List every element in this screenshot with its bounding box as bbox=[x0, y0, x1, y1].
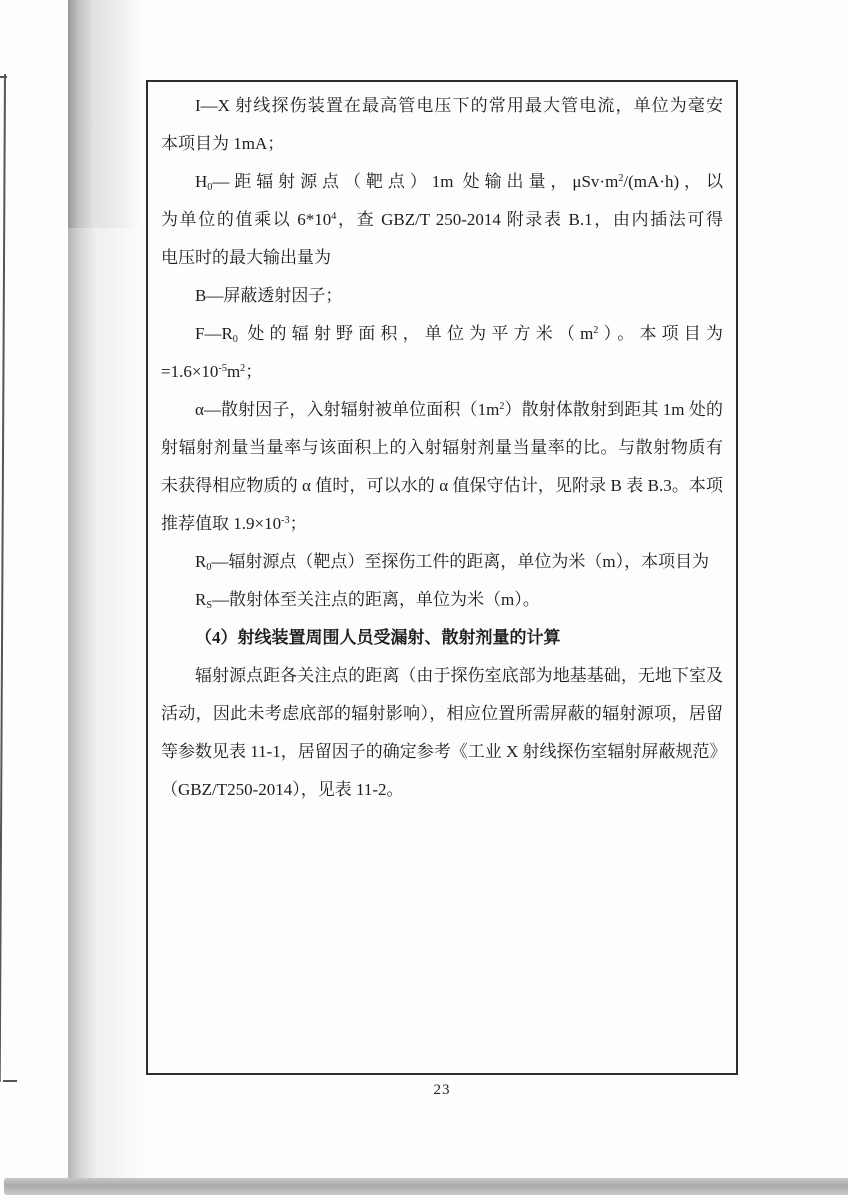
text-line: 辐射源点距各关注点的距离（由于探伤室底部为地基基础，无地下室及人员 bbox=[161, 657, 723, 695]
text-line: I—X 射线探伤装置在最高管电压下的常用最大管电流，单位为毫安（mA）， bbox=[161, 87, 723, 125]
document-lines: I—X 射线探伤装置在最高管电压下的常用最大管电流，单位为毫安（mA），本项目为… bbox=[148, 82, 736, 809]
scan-bottom-edge-shadow bbox=[4, 1178, 848, 1195]
text-line: H0—距辐射源点（靶点）1m 处输出量，μSv·m2/(mA·h)，以 mSv·… bbox=[161, 163, 723, 201]
text-line: 射辐射剂量当量率与该面积上的入射辐射剂量当量率的比。与散射物质有关，在 bbox=[161, 429, 723, 467]
text-line: 推荐值取 1.9×10-3； bbox=[161, 505, 723, 543]
text-line: 等参数见表 11-1，居留因子的确定参考《工业 X 射线探伤室辐射屏蔽规范》 bbox=[161, 733, 723, 771]
text-line: R0—辐射源点（靶点）至探伤工件的距离，单位为米（m），本项目为 0.25m； bbox=[161, 543, 723, 581]
scan-page-edge-tick-top bbox=[0, 76, 7, 78]
text-line: B—屏蔽透射因子； bbox=[161, 277, 723, 315]
text-line: 本项目为 1mA； bbox=[161, 125, 723, 163]
text-line: α—散射因子，入射辐射被单位面积（1m2）散射体散射到距其 1m 处的散 bbox=[161, 391, 723, 429]
text-box: I—X 射线探伤装置在最高管电压下的常用最大管电流，单位为毫安（mA），本项目为… bbox=[146, 80, 738, 1075]
scan-page-edge-line bbox=[0, 74, 6, 1082]
text-line: 活动，因此未考虑底部的辐射影响），相应位置所需屏蔽的辐射源项，居留因子 bbox=[161, 695, 723, 733]
text-line: F—R0 处的辐射野面积，单位为平方米（m2）。本项目为 0.004m×0.00… bbox=[161, 315, 723, 353]
text-line: （4）射线装置周围人员受漏射、散射剂量的计算 bbox=[161, 619, 723, 657]
page-number: 23 bbox=[146, 1082, 738, 1099]
scan-left-edge-shadow-top bbox=[68, 0, 140, 228]
text-line: （GBZ/T250-2014），见表 11-2。 bbox=[161, 771, 723, 809]
text-line: 为单位的值乘以 6*104，查 GBZ/T 250-2014 附录表 B.1，由… bbox=[161, 201, 723, 239]
text-line: =1.6×10-5m2； bbox=[161, 353, 723, 391]
text-line: 未获得相应物质的 α 值时，可以水的 α 值保守估计，见附录 B 表 B.3。本… bbox=[161, 467, 723, 505]
text-line: RS—散射体至关注点的距离，单位为米（m）。 bbox=[161, 581, 723, 619]
text-line: 电压时的最大输出量为 20.38×6×104mSv·m2/mA·min=1.2×… bbox=[161, 239, 723, 277]
scanned-document-page: { "footer": { "page_number": "23" }, "co… bbox=[0, 0, 848, 1200]
scan-page-edge-tick-bottom bbox=[3, 1080, 17, 1082]
